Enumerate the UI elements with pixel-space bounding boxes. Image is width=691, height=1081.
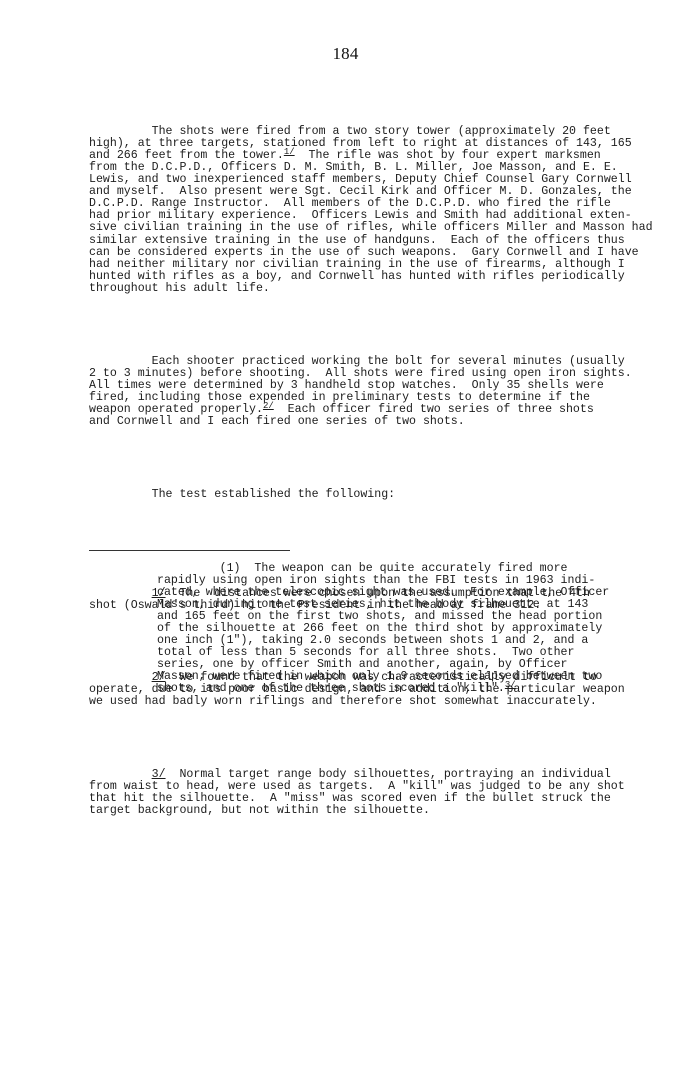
- text-line: throughout his adult life.: [89, 282, 270, 295]
- page-number: 184: [0, 44, 691, 64]
- footnote-label: 1/: [152, 587, 166, 600]
- footnotes: 1/ The distances were chosen upon the as…: [89, 564, 629, 829]
- text-line: shot (Oswald's third) hit the President …: [89, 599, 541, 612]
- paragraph-practice: Each shooter practiced working the bolt …: [89, 356, 629, 428]
- text-line: Lewis, and two inexperienced staff membe…: [89, 173, 632, 186]
- text-line: we used had badly worn riflings and ther…: [89, 695, 597, 708]
- footnote-1: 1/ The distances were chosen upon the as…: [89, 588, 629, 612]
- paragraph-intro: The test established the following:: [89, 489, 629, 501]
- text-line: similar extensive training in the use of…: [89, 234, 625, 247]
- paragraph-tower-shots: The shots were fired from a two story to…: [89, 126, 629, 295]
- footnote-label: 2/: [152, 671, 166, 684]
- text-line: The shots were fired from a two story to…: [89, 125, 611, 138]
- text-line: from the D.C.P.D., Officers D. M. Smith,…: [89, 161, 618, 174]
- text-line: Normal target range body silhouettes, po…: [166, 768, 611, 781]
- text-line: from waist to head, were used as targets…: [89, 780, 625, 793]
- text-line: D.C.P.D. Range Instructor. All members o…: [89, 197, 611, 210]
- text-line: high), at three targets, stationed from …: [89, 137, 632, 150]
- text-line: and 266 feet from the tower.: [89, 149, 284, 162]
- text-line: can be considered experts in the use of …: [89, 246, 639, 259]
- text-line: target background, but not within the si…: [89, 804, 430, 817]
- text-line: weapon operated properly.: [89, 403, 263, 416]
- footnote-divider: [89, 550, 290, 551]
- footnote-2: 2/ We found that the weapon was characte…: [89, 672, 629, 708]
- footnote-ref-2: 2/: [263, 401, 274, 411]
- text-line: The test established the following:: [89, 488, 395, 501]
- text-line: Each officer fired two series of three s…: [288, 403, 594, 416]
- footnote-label: 3/: [152, 768, 166, 781]
- text-line: that hit the silhouette. A "miss" was sc…: [89, 792, 611, 805]
- text-line: had prior military experience. Officers …: [89, 209, 632, 222]
- text-line: hunted with rifles as a boy, and Cornwel…: [89, 270, 625, 283]
- text-line: and Cornwell and I each fired one series…: [89, 415, 465, 428]
- text-line: The distances were chosen upon the assum…: [166, 587, 590, 600]
- text-line: fired, including those expended in preli…: [89, 391, 590, 404]
- footnote-3: 3/ Normal target range body silhouettes,…: [89, 769, 629, 817]
- text-line: sive civilian training in the use of rif…: [89, 221, 653, 234]
- text-line: All times were determined by 3 handheld …: [89, 379, 604, 392]
- text-line: and myself. Also present were Sgt. Cecil…: [89, 185, 632, 198]
- text-line: The rifle was shot by four expert marksm…: [309, 149, 601, 162]
- text-line: operate, due to its poor basic design, a…: [89, 683, 625, 696]
- text-line: Each shooter practiced working the bolt …: [89, 355, 625, 368]
- text-line: had neither military nor civilian traini…: [89, 258, 625, 271]
- footnote-ref-1: 1/: [284, 147, 295, 157]
- text-line: We found that the weapon was characteris…: [166, 671, 597, 684]
- text-line: 2 to 3 minutes) before shooting. All sho…: [89, 367, 632, 380]
